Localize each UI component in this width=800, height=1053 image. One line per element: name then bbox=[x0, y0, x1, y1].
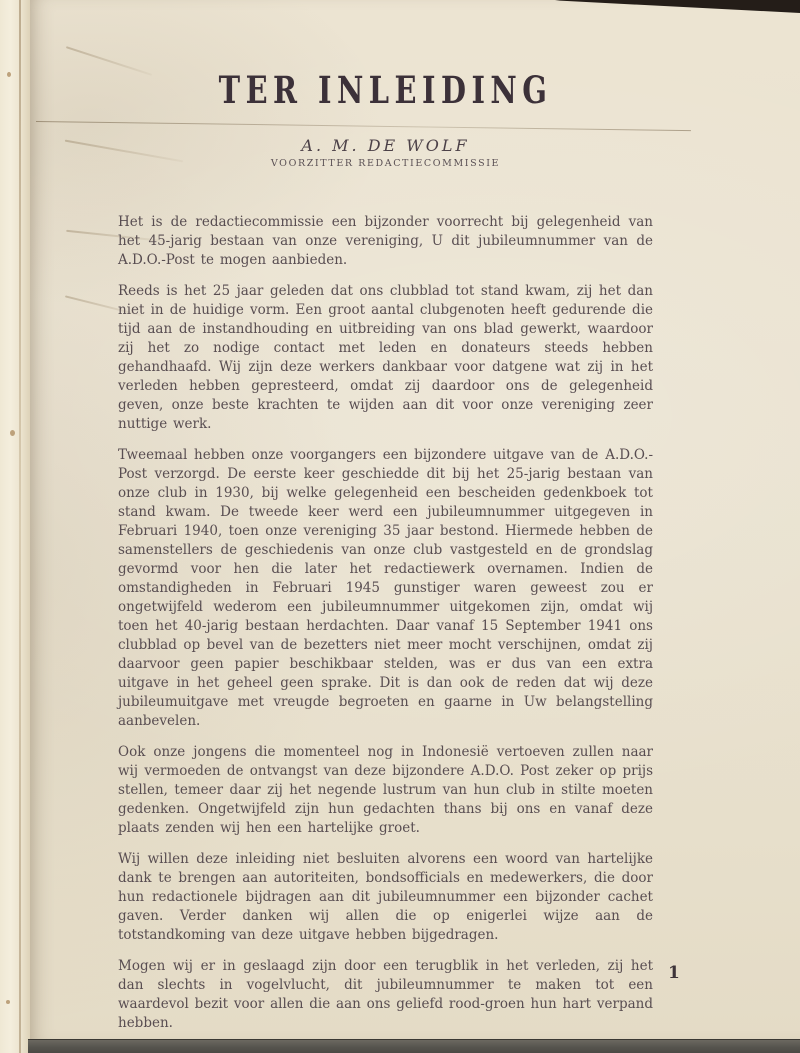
paragraph: Tweemaal hebben onze voorgangers een bij… bbox=[118, 446, 653, 731]
paragraph: Mogen wij er in geslaagd zijn door een t… bbox=[118, 957, 653, 1033]
page-title: TER INLEIDING bbox=[177, 70, 594, 110]
page-number: 1 bbox=[668, 963, 680, 983]
paragraph: Het is de redactiecommissie een bijzonde… bbox=[118, 213, 653, 270]
paper-speck bbox=[7, 72, 11, 77]
page-content: TER INLEIDING A. M. DE WOLF VOORZITTER R… bbox=[118, 70, 653, 1045]
paper-speck bbox=[10, 430, 15, 436]
paper-speck bbox=[6, 1000, 10, 1004]
author-name: A. M. DE WOLF bbox=[118, 136, 653, 155]
author-role: VOORZITTER REDACTIECOMMISSIE bbox=[118, 158, 653, 169]
body-text: Het is de redactiecommissie een bijzonde… bbox=[118, 213, 653, 1033]
page-edge-strip bbox=[0, 0, 30, 1053]
scanned-book-page: TER INLEIDING A. M. DE WOLF VOORZITTER R… bbox=[0, 0, 800, 1053]
paragraph: Wij willen deze inleiding niet besluiten… bbox=[118, 850, 653, 945]
binding-crease bbox=[19, 0, 21, 1053]
scanner-bed-strip bbox=[28, 1039, 800, 1053]
paragraph: Reeds is het 25 jaar geleden dat ons clu… bbox=[118, 282, 653, 434]
paragraph: Ook onze jongens die momenteel nog in In… bbox=[118, 743, 653, 838]
